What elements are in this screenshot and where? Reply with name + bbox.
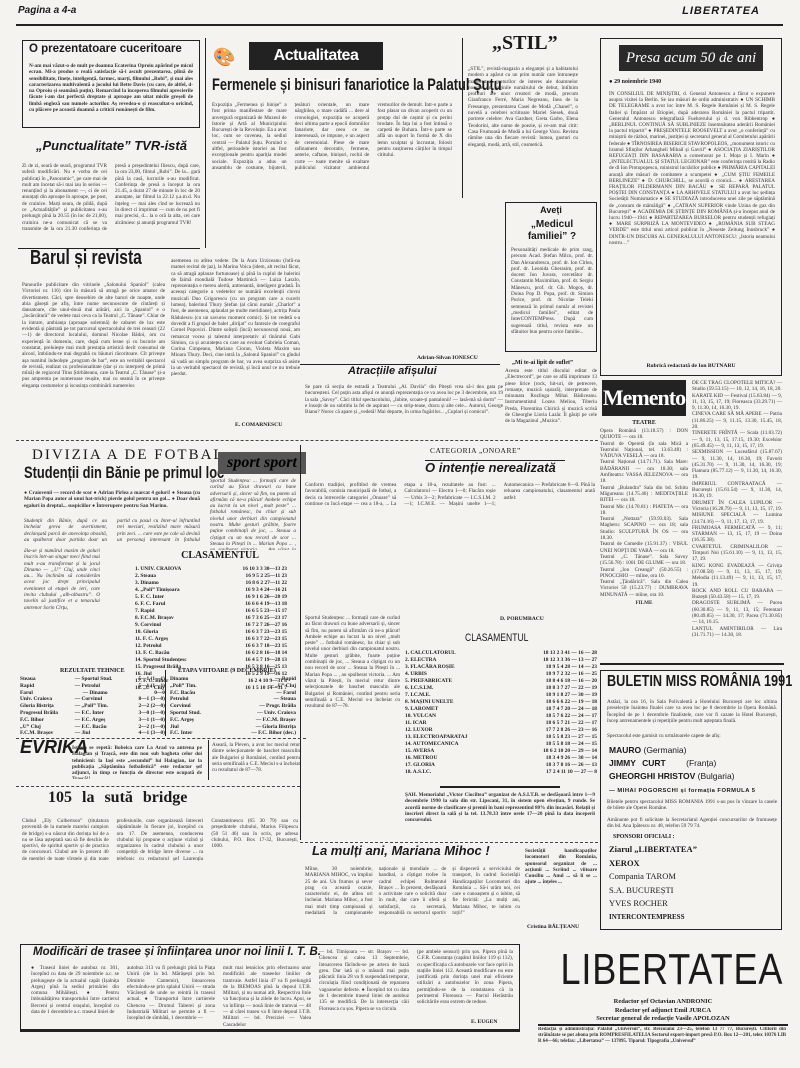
article-body-punctualitate: Zi de zi, seară de seară, programul TVR … (22, 163, 200, 245)
next-round-table: Dinamo— Rapid „Poli” Tim.— „U” Cluj F.C.… (170, 676, 296, 737)
article-body-stil: „STIL”, revistă-magazin a eleganței și a… (468, 66, 578, 206)
author-actualitatea: Adrian-Silvan IONESCU (417, 355, 478, 361)
team-name: 6. F. C. Farul (135, 601, 165, 608)
away-team: — F.C. Argeș (75, 717, 130, 724)
list-item: DRAGOSTE SUBLIMĂ — Pacea (60.30.85) — 9,… (692, 600, 782, 625)
article-title-actualitatea: Fermenele și binisuri fanariotice la Pal… (212, 82, 502, 88)
list-item: CINEVA CARE SĂ MĂ APERE — Patria (11.86.… (692, 411, 782, 430)
team-name: 14. Sportul Studențesc (135, 657, 187, 664)
list-item: Teatrul de Operetă (în sala Mică a Teatr… (600, 441, 688, 460)
team-stats: 16 6 3 7 23—23 15 (245, 629, 287, 636)
act-name: MAURO (609, 745, 641, 755)
list-item: Teatrul de Comedie (15.91.37) : VISUL UN… (600, 541, 688, 554)
team-stats: 16 6 3 7 18—23 15 (245, 643, 287, 650)
article-title-mihoc: La mulți ani, Mariana Mihoc ! (312, 848, 490, 854)
results-table: Steaua— Sportul Stud.5—1 (1—1) Rapid— Pe… (20, 676, 165, 737)
table-row: Gloria Bistrița— „Poli” Tim.2—2 (2—0) (20, 703, 165, 710)
list-item: LANȚUL AMINTIRILOR — Lira (31.71.71) — 1… (692, 626, 782, 639)
column-divider (208, 740, 209, 780)
divider (538, 1024, 788, 1026)
team-stats: 18 9 1 8 27 — 30 — 19 (546, 692, 597, 699)
team-stats: 18 3 7 8 16 — 26 — 13 (546, 762, 597, 769)
team-stats: 18 9 7 2 32 — 16 — 25 (546, 671, 597, 678)
score: 4—1 (3—0) (138, 730, 165, 737)
table-row: 14. Sportul Studențesc16 4 5 7 19—28 13 (135, 657, 287, 664)
table-row: 4. URBIS18 9 7 2 32 — 16 — 25 (405, 671, 597, 678)
home-team: Dinamo (170, 676, 188, 683)
team-stats: 18 5 5 8 18 — 24 — 15 (546, 741, 597, 748)
table-row: 15. AVERSA18 6 2 10 20 — 29 — 14 (405, 748, 597, 755)
score: 3—1 (1—0) (138, 717, 165, 724)
next-round-title: ETAPA VIITOARE (9 DECEMBRIE) (178, 668, 276, 674)
team-name: 17. GLORIA (405, 762, 435, 769)
article-body-bridge: Clubul „Ely Culbertson” (titulatura prov… (22, 818, 298, 936)
miss-paragraph-2: Spectacolul este garnisit cu următoarele… (607, 733, 777, 745)
fotbal-body-2: ăla-se și numărul maxim de goluri înscri… (24, 548, 100, 660)
away-team: — Steaua (274, 696, 296, 703)
editor-in-chief: Redactor șef Octavian ANDRONIC (538, 998, 788, 1007)
article-title-onoare: O intenție nerealizată (425, 465, 556, 471)
home-team: Corvinul (170, 703, 191, 710)
article-title-barul: Barul și revista (30, 255, 142, 261)
away-team: — Rapid (275, 676, 296, 683)
table-row: 8. MAȘINI UNELTE18 6 6 6 22 — 19 — 18 (405, 699, 597, 706)
list-item: SEXMISSION — Luceafărul (15.87.67) — 9, … (692, 449, 782, 480)
filme-label: FILME (600, 600, 688, 606)
home-team: Sportul Stud. (170, 710, 201, 717)
table-row: „Poli” Tim.— „U” Cluj (170, 683, 296, 690)
article-body-sah: ȘAH. Memorialul „Victor Ciocîltea” organ… (405, 792, 595, 832)
list-item: ROCK AND ROLL CU BARABA — Buzești (50.43… (692, 588, 782, 601)
column-divider (205, 38, 206, 248)
masthead-staff: Redactor șef Octavian ANDRONIC Redactor … (538, 998, 788, 1024)
signature-barul: E. COMARNESCU (235, 422, 282, 428)
team-stats: 18 12 3 3 36 — 13 — 27 (543, 657, 597, 664)
team-name: 3. Dinamo (135, 580, 159, 587)
home-team: F.C. Bihor (20, 717, 66, 724)
article-title: BULETIN MISS ROMÂNIA 1991 (607, 679, 792, 685)
table-row: 12. LUXOR17 7 2 8 26 — 23 — 16 (405, 727, 597, 734)
signature-itb: E. EUGEN (471, 1019, 497, 1025)
sponsors-list: Ziarul „LIBERTATEA” XEROX Compania TAROM… (609, 843, 697, 924)
table-row: 12. Petrolul16 6 3 7 18—23 15 (135, 643, 287, 650)
table-row: 8. F.C.M. Brașov16 7 3 6 25—23 17 (135, 615, 287, 622)
masthead-logo: LIBERTATEA (561, 945, 766, 995)
onoare-standings-table: 1. CALCULATORUL18 13 2 3 41 — 16 — 28 2.… (405, 650, 597, 776)
page-label: Pagina a 4-a (18, 8, 76, 14)
table-row: 7. Rapid16 6 5 5 23—15 17 (135, 608, 287, 615)
table-row: F.C. Argeș— F.C.M. Brașov (170, 717, 296, 724)
list-item: KING KONG EVADEAZĂ — Grivița (17.08.58) … (692, 563, 782, 588)
team-stats: 16 7 2 7 26—27 16 (245, 622, 287, 629)
team-name: 1. CALCULATORUL (405, 650, 456, 657)
evrika-body: Istoria se repetă: Bobeica care La Arad … (72, 745, 202, 779)
miss-paragraph-4: Amănunte pot fi solicitate la Secretaria… (607, 817, 777, 835)
team-name: 4. „Poli” Timișoara (135, 587, 180, 594)
table-row: 3. FLACĂRA ROȘIE18 9 5 4 28 — 14 — 23 (405, 664, 597, 671)
team-name: 10. Gloria (135, 629, 158, 636)
masthead-imprint: Redacția și administrația: Palatul „Univ… (538, 1027, 786, 1051)
home-team: F.C. Bacău (170, 690, 195, 697)
deputy-editor: Redactor șef adjunct Emil JURCA (538, 1007, 788, 1016)
list-item: Teatrul Național (14.71.71). Sala Mare: … (600, 459, 688, 484)
headliner: MAURO (Germania) (609, 747, 686, 753)
team-stats: 16 4 5 7 19—28 13 (245, 657, 287, 664)
home-team: Farul (20, 690, 66, 697)
table-row: 5. F. C. Inter16 9 1 6 26—20 19 (135, 594, 287, 601)
away-team: — Progr. Brăila (259, 703, 296, 710)
list-item: Teatrul „Ion Creangă” (50.26.55) : PINOC… (600, 567, 688, 580)
team-name: 6. I.C.S.I.M. (405, 685, 433, 692)
list-item: CVARTETUL CRIMINALILOR — Timpuri Noi (15… (692, 544, 782, 563)
table-row: Steaua— Sportul Stud.5—1 (1—1) (20, 676, 165, 683)
itb-col-5: (pe ambele sensuri) prin șos. Pipera pîn… (417, 949, 513, 1015)
sponsor: INTERCONTEMPRESS (609, 911, 697, 925)
team-name: 10. VULCAN (405, 713, 436, 720)
home-team: „Poli” Tim. (170, 683, 196, 690)
onoare-kicker: CATEGORIA „ONOARE” (430, 448, 521, 454)
article-title-stil: „STIL” (492, 40, 558, 46)
article-title-suflet: „Mi te-ai lipit de suflet” (512, 360, 573, 366)
team-name: 14. AUTOMECANICA (405, 741, 459, 748)
team-stats: 18 6 2 10 20 — 29 — 14 (543, 748, 597, 755)
away-team: — F.C. Bihor (dec.) (251, 730, 296, 737)
table-row: Petrolul— Steaua (170, 696, 296, 703)
team-stats: 16 10 3 3 30—13 23 (243, 566, 287, 573)
article-title: Modificări de trasee și înființarea unor… (33, 949, 321, 955)
article-prezentatoare: O prezentatoare cuceritoare N-am mai văz… (22, 40, 200, 128)
team-name: 9. Corvinul (135, 622, 161, 629)
article-title: „Medicul familiei” ? (510, 219, 594, 243)
away-team: — „Poli” Tim. (75, 703, 130, 710)
away-team: — Farul (276, 690, 296, 697)
list-item: IMPERIUL CONTRAATACĂ — București (15.61.… (692, 481, 782, 500)
itb-col-4: — bd. Timișoara — str. Brașov — bd. Ghen… (319, 949, 409, 1029)
title-prefix: Aveți (506, 207, 596, 213)
table-row: 16. METROU18 3 4 9 26 — 30 — 14 (405, 755, 597, 762)
table-row: Sportul Stud.— Univ. Craiova (170, 710, 296, 717)
column-divider (300, 445, 301, 840)
team-stats: 18 7 4 7 20 — 24 — 18 (546, 706, 597, 713)
itb-col-3: mult mai lesnicios prin efectuarea unor … (223, 965, 311, 1029)
results-title: REZULTATE TEHNICE (60, 668, 125, 674)
table-row: F.C. Bacău— Farul (170, 690, 296, 697)
presa-footer: Rubrică redactată de Ion BUTNARU (601, 363, 781, 369)
list-item: MISIUNE SPECIALĂ — Lumina (14.74.16) — 9… (692, 512, 782, 525)
away-team: — F.C. Bacău (75, 724, 130, 731)
team-name: 16. METROU (405, 755, 437, 762)
team-stats: 18 8 3 7 27 — 22 — 19 (546, 685, 597, 692)
team-stats: 16 7 3 6 25—23 17 (245, 615, 287, 622)
table-row: 1. CALCULATORUL18 13 2 3 41 — 16 — 28 (405, 650, 597, 657)
table-row: 2. ELECTRA18 12 3 3 36 — 13 — 27 (405, 657, 597, 664)
palette-icon: 🎨 (213, 46, 253, 68)
team-name: 11. F. C. Argeș (135, 636, 168, 643)
article-body: Personalități medicale de prim rang, pre… (511, 247, 593, 349)
table-row: 11. ICAR18 6 5 7 21 — 22 — 17 (405, 720, 597, 727)
team-stats: 18 6 5 7 21 — 22 — 17 (546, 720, 597, 727)
fotbal-body: Studenții din Bănie, după ce au încheiat… (24, 518, 200, 546)
team-stats: 18 6 6 6 22 — 19 — 18 (546, 699, 597, 706)
list-item: Teatrul „C. Tănase”. Sala Savoy (15.56.7… (600, 554, 688, 567)
away-team: — F.C. Inter (75, 710, 130, 717)
table-row: 6. F. C. Farul16 6 6 4 19—13 18 (135, 601, 287, 608)
baschet-body: Aseară, la Pleven, a avut loc meciul ret… (212, 742, 300, 784)
miss-paragraph-3: Biletele pentru spectacolul MISS ROMÂNIA… (607, 799, 777, 817)
home-team: Progresul Brăila (20, 710, 66, 717)
team-name: 13. ELECTROAPARATAJ (405, 734, 467, 741)
article-body-suflet: Acesta este titlul discului editat de „E… (505, 368, 597, 424)
onoare-standings-title: CLASAMENTUL (465, 635, 528, 641)
banner-title: Actualitatea culturală (249, 42, 383, 70)
home-team: F.C. Inter (170, 730, 192, 737)
sponsor: YVES ROCHER (609, 897, 697, 911)
table-row: 5. PREFABRICATE18 8 4 6 18 — 16 — 20 (405, 678, 597, 685)
paper-name-header: LIBERTATEA (682, 8, 760, 14)
team-stats: 18 9 5 4 28 — 14 — 23 (546, 664, 597, 671)
home-team: F.C. Argeș (170, 717, 194, 724)
team-name: 1. UNIV. CRAIOVA (135, 566, 181, 573)
team-name: 9. LAROMET (405, 706, 438, 713)
table-row: Dinamo— Rapid (170, 676, 296, 683)
itb-col-2: autobuz 313 va fi prelungit pînă la Piaț… (127, 965, 215, 1029)
team-name: 8. F.C.M. Brașov (135, 615, 174, 622)
sponsor: XEROX (609, 857, 697, 871)
list-item: Teatrul „Țăndărică”. Sala din Calea Vict… (600, 579, 688, 598)
team-name: 8. MAȘINI UNELTE (405, 699, 453, 706)
team-name: 5. F. C. Inter (135, 594, 164, 601)
article-body-barul-1: Panourile publicitare din vitrinele „Sal… (22, 282, 165, 420)
score: 5—1 (1—1) (138, 676, 165, 683)
section-divider (16, 440, 598, 441)
headliner: — MIHAI POGORSCHI și formația FORMULA 5 (609, 788, 756, 794)
article-title-punctualitate: „Punctualitate” TVR-istă (36, 143, 187, 149)
act-name: GHEORGHI HRISTOV (609, 771, 695, 781)
list-item: Opera Română (13.18.57) : DON QUIJOTE — … (600, 428, 688, 441)
article-presa: Presa acum 50 de ani ● 29 noiembrie 1940… (600, 38, 782, 376)
sponsor: Compania TAROM (609, 870, 697, 884)
signature-mihoc: Cristina BĂLȚEANU (527, 924, 579, 930)
team-name: 12. LUXOR (405, 727, 433, 734)
list-item: Teatrul „Bulandra” Sala din bd. Schitu M… (600, 485, 688, 504)
actualitatea-banner: 🎨 Actualitatea culturală (213, 38, 383, 72)
table-row: 14. AUTOMECANICA18 5 5 8 18 — 24 — 15 (405, 741, 597, 748)
away-team: — Dinamo (83, 690, 138, 697)
team-name: 3. FLACĂRA ROȘIE (405, 664, 455, 671)
list-item: DE CE TRAG CLOPOTELE MITICĂ? — Studio (5… (692, 380, 782, 393)
team-stats: 18 5 7 6 22 — 24 — 17 (546, 713, 597, 720)
team-stats: 16 9 3 4 24—16 21 (245, 587, 287, 594)
list-item: FRUMOASA FERMECATĂ — 9, 11; STARMAN — 13… (692, 525, 782, 544)
headliner: JIMMY CURT (Franța) (609, 760, 716, 766)
article-miss-romania: BULETIN MISS ROMÂNIA 1991 Astăzi, la ora… (600, 670, 782, 930)
article-body-mihoc: Mîine, 30 noiembrie, MARIANA MIHOC, va î… (305, 866, 520, 932)
act-country: (Franța) (686, 758, 716, 768)
header-rule (16, 24, 783, 26)
home-team: Jiul (170, 724, 179, 731)
standings-title: CLASAMENTUL (155, 553, 285, 559)
table-row: 9. Corvinul16 7 2 7 26—27 16 (135, 622, 287, 629)
act-country: (Bulgaria) (698, 771, 735, 781)
article-body-onoare: Conform tradiției, profitînd de vremea f… (305, 482, 595, 612)
sport-banner: sport sport (218, 452, 306, 474)
general-secretary: Secretar general de redacție Vasile APOL… (538, 1015, 788, 1024)
away-team: — Petrolul (75, 683, 130, 690)
table-row: 10. Gloria16 6 3 7 23—23 15 (135, 629, 287, 636)
divider (16, 786, 300, 787)
fotbal-kicker: DIVIZIA A DE FOTBAL (32, 452, 225, 458)
team-name: 7. Rapid (135, 608, 154, 615)
away-team: — Univ. Craiova (257, 710, 296, 717)
article-medicul: Aveți „Medicul familiei” ? Personalități… (505, 202, 597, 352)
table-row: 6. I.C.S.I.M.18 8 3 7 27 — 22 — 19 (405, 685, 597, 692)
banner-title: Presa acum 50 de ani (619, 45, 763, 71)
act-country: (Germania) (643, 745, 686, 755)
sponsor: Ziarul „LIBERTATEA” (609, 843, 697, 857)
score: 5—1 (1—1) (138, 683, 165, 690)
away-team: — „U” Cluj (268, 683, 296, 690)
table-row: 18. A.S.I.C.17 2 4 11 10 — 27 — 8 (405, 769, 597, 776)
team-stats: 16 6 2 8 16—18 14 (245, 650, 287, 657)
sponsor: S.A. BUCUREȘTI (609, 884, 697, 898)
list-item: DRUMET ÎN CALEA LUPILOR — Victoria (16.2… (692, 500, 782, 513)
date-text: 29 noiembrie 1940 (614, 79, 661, 85)
table-row: F.C. Inter— F.C. Bihor (dec.) (170, 730, 296, 737)
team-name: 11. ICAR (405, 720, 427, 727)
team-stats: 16 6 6 4 19—13 18 (245, 601, 287, 608)
miss-paragraph-1: Astăzi, la ora 16, în Sala Polivalentă a… (607, 699, 777, 733)
away-team: — Sportul Stud. (75, 676, 130, 683)
divider (440, 786, 560, 788)
teatre-label: TEATRE (602, 420, 686, 426)
team-name: 13. F. C. Bacău (135, 650, 170, 657)
table-row: 2. Steaua16 9 5 2 25—11 23 (135, 573, 287, 580)
team-name: 18. A.S.I.C. (405, 769, 431, 776)
article-title-afisul: Atracțiile afișului (348, 368, 437, 374)
table-row: 1. UNIV. CRAIOVA16 10 3 3 30—13 23 (135, 566, 287, 573)
memento-teatre-list: Opera Română (13.18.57) : DON QUIJOTE — … (600, 428, 688, 654)
article-body: ÎN CONSILIUL DE MINIȘTRI, d. General Ant… (609, 91, 775, 357)
table-row: Rapid— Petrolul5—1 (1—1) (20, 683, 165, 690)
table-row: Corvinul— Progr. Brăila (170, 703, 296, 710)
team-stats: 18 13 2 3 41 — 16 — 28 (543, 650, 597, 657)
article-title-bridge: 105 la sută bridge (48, 795, 187, 801)
article-title: O prezentatoare cuceritoare (29, 46, 182, 52)
signature-onoare: D. PORUMBACU (500, 616, 544, 622)
away-team: — F.C.M. Brașov (256, 717, 296, 724)
article-body-handicap: Societății handicapaților locomotori din… (525, 848, 597, 922)
score: 2—2 (2—0) (138, 703, 165, 710)
home-team: „U” Cluj (20, 724, 66, 731)
list-item: TINERETE FRÎNTĂ — Scala (11.03.72) — 9, … (692, 430, 782, 449)
score: 3—0 (1—0) (138, 710, 165, 717)
presa-date: ● 29 noiembrie 1940 (609, 79, 661, 85)
table-row: F.C. Bihor— F.C. Argeș3—1 (1—0) (20, 717, 165, 724)
home-team: Rapid (20, 683, 66, 690)
sport-continuation: Sportul Studențesc ... formații care de … (305, 615, 400, 765)
home-team: Petrolul (170, 696, 188, 703)
table-row: 13. ELECTROAPARATAJ18 5 5 8 23 — 27 — 15 (405, 734, 597, 741)
article-body-actualitatea: Expoziția „Fermenea și binișe” a fost pr… (212, 102, 452, 300)
memento-filme-list: DE CE TRAG CLOPOTELE MITICĂ? — Studio (5… (692, 380, 782, 660)
team-name: 2. Steaua (135, 573, 156, 580)
table-row: 17. GLORIA18 3 7 8 16 — 26 — 13 (405, 762, 597, 769)
team-name: 12. Petrolul (135, 643, 162, 650)
act-name: JIMMY CURT (609, 758, 666, 768)
team-stats: 17 7 2 8 26 — 23 — 16 (546, 727, 597, 734)
list-item: KARATE KID — Festival (15.63.84) — 9, 11… (692, 393, 782, 412)
table-row: 3. Dinamo16 8 6 2 27—11 22 (135, 580, 287, 587)
team-stats: 16 6 3 7 22—23 15 (245, 636, 287, 643)
team-stats: 16 9 1 6 26—20 19 (245, 594, 287, 601)
fotbal-deck: ● Craiovenii — record de scor ● Adrian P… (24, 490, 200, 514)
team-name: 7. I.C.M.E. (405, 692, 430, 699)
team-stats: 18 3 4 9 26 — 30 — 14 (546, 755, 597, 762)
home-team: Gloria Bistrița (20, 703, 66, 710)
home-team: Steaua (20, 676, 66, 683)
team-name: 15. AVERSA (405, 748, 434, 755)
team-stats: 18 8 4 6 18 — 16 — 20 (546, 678, 597, 685)
team-stats: 16 9 5 2 25—11 23 (246, 573, 287, 580)
table-row: 11. F. C. Argeș16 6 3 7 22—23 15 (135, 636, 287, 643)
team-stats: 17 2 4 11 10 — 27 — 8 (546, 769, 597, 776)
itb-col-1: ● Traseul liniei de autobuz nr. 301, înc… (31, 965, 119, 1029)
list-item: Teatrul Mic (14.70.81) : PIATETA — ora 1… (600, 504, 688, 517)
team-stats: 16 8 6 2 27—11 22 (246, 580, 287, 587)
article-body-afisul: Se pare că secția de estradă a Teatrului… (305, 384, 503, 424)
table-row: 9. LAROMET18 7 4 7 20 — 24 — 18 (405, 706, 597, 713)
team-stats: 16 6 5 5 23—15 17 (245, 608, 287, 615)
memento-banner: Memento (602, 380, 686, 416)
sport-body: Sportul Studențesc ... formații care de … (210, 478, 296, 550)
home-team: Univ. Craiova (20, 696, 66, 703)
headliner: GHEORGHI HRISTOV (Bulgaria) (609, 773, 735, 779)
away-team: — Corvinul (75, 696, 130, 703)
table-row: 7. I.C.M.E.18 9 1 8 27 — 30 — 19 (405, 692, 597, 699)
divider (600, 663, 784, 665)
team-stats: 18 5 5 8 23 — 27 — 15 (546, 734, 597, 741)
team-name: 5. PREFABRICATE (405, 678, 452, 685)
table-row: Progresul Brăila— F.C. Inter3—0 (1—0) (20, 710, 165, 717)
table-row: 13. F. C. Bacău16 6 2 8 16—18 14 (135, 650, 287, 657)
table-row: 10. VULCAN18 5 7 6 22 — 24 — 17 (405, 713, 597, 720)
team-name: 2. ELECTRA (405, 657, 436, 664)
article-itb: Modificări de trasee și înființarea unor… (20, 944, 520, 1032)
column-divider (462, 38, 463, 198)
list-item: Teatrul „Nottara” (59.93.03). Sala Maghe… (600, 516, 688, 541)
team-name: 15. Progresul Brăila (135, 664, 181, 671)
team-name: 4. URBIS (405, 671, 427, 678)
table-row: 4. „Poli” Timișoara16 9 3 4 24—16 21 (135, 587, 287, 594)
article-body: N-am mai văzut-o de mult pe doamna Ecate… (29, 63, 193, 125)
sponsors-label: SPONSORI OFICIALI : (613, 834, 675, 840)
article-title-fotbal: Studenții din Bănie pe primul loc (24, 470, 224, 476)
column-divider (165, 670, 166, 736)
